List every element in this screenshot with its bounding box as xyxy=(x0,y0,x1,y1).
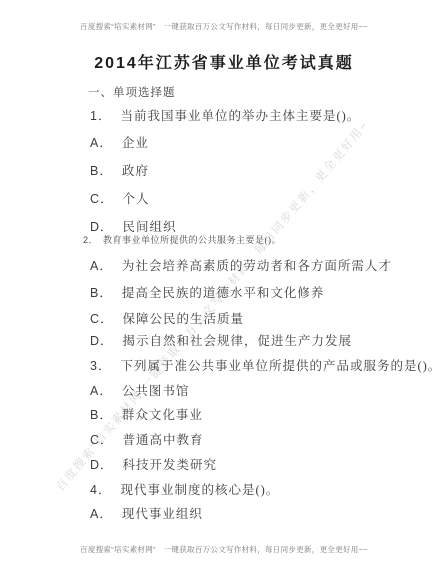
question-2-number: 2． xyxy=(83,235,98,245)
option-letter: A． xyxy=(90,507,113,521)
option-text: 民间组织 xyxy=(123,220,177,234)
option-letter: B． xyxy=(90,408,113,422)
option-text: 公共图书馆 xyxy=(122,384,190,398)
option-text: 提高全民族的道德水平和文化修养 xyxy=(122,286,325,300)
document-page: 百度搜索“培实素材网”一键获取百万公文写作材料，每日同步更新，更全更好用~ 百度… xyxy=(0,0,448,580)
option-letter: B． xyxy=(90,286,113,300)
option-text: 为社会培养高素质的劳动者和各方面所需人才 xyxy=(122,259,392,273)
question-1: 1．当前我国事业单位的举办主体主要是()。 xyxy=(90,106,360,124)
option-text: 揭示自然和社会规律，促进生产力发展 xyxy=(123,334,353,348)
question-3-number: 3． xyxy=(90,359,111,373)
option-text: 企业 xyxy=(122,136,149,150)
option-text: 普通高中教育 xyxy=(123,433,204,447)
section-heading: 一、单项选择题 xyxy=(88,84,176,100)
question-2-option-b: B．提高全民族的道德水平和文化修养 xyxy=(90,283,324,301)
question-1-option-b: B．政府 xyxy=(90,161,149,179)
footer-watermark: 百度搜索“培实素材网” 一键获取百万公文写作材料，每日同步更新，更全更好用~~ xyxy=(0,544,448,555)
option-text: 保障公民的生活质量 xyxy=(123,312,245,326)
question-2-option-c: C．保障公民的生活质量 xyxy=(90,309,244,327)
option-text: 现代事业组织 xyxy=(122,507,203,521)
question-4-number: 4． xyxy=(90,483,111,497)
question-4-option-a: A．现代事业组织 xyxy=(90,504,203,522)
question-2: 2．教育事业单位所提供的公共服务主要是()。 xyxy=(83,233,281,246)
question-3-text: 下列属于准公共事业单位所提供的产品或服务的是()。 xyxy=(120,359,441,373)
question-1-number: 1． xyxy=(90,109,111,123)
question-3: 3．下列属于准公共事业单位所提供的产品或服务的是()。 xyxy=(90,356,441,374)
option-letter: A． xyxy=(90,136,113,150)
question-4-text: 现代事业制度的核心是()。 xyxy=(120,483,279,497)
question-2-option-a: A．为社会培养高素质的劳动者和各方面所需人才 xyxy=(90,256,392,274)
option-text: 科技开发类研究 xyxy=(123,458,218,472)
option-text: 群众文化事业 xyxy=(122,408,203,422)
question-1-option-c: C．个人 xyxy=(90,189,150,207)
question-3-option-a: A．公共图书馆 xyxy=(90,381,189,399)
option-text: 个人 xyxy=(123,192,150,206)
option-letter: A． xyxy=(90,259,113,273)
option-letter: B． xyxy=(90,164,113,178)
option-letter: C． xyxy=(90,312,114,326)
option-letter: D． xyxy=(90,334,114,348)
question-1-option-a: A．企业 xyxy=(90,133,149,151)
question-2-text: 教育事业单位所提供的公共服务主要是()。 xyxy=(103,235,281,245)
option-letter: C． xyxy=(90,192,114,206)
question-3-option-c: C．普通高中教育 xyxy=(90,430,204,448)
question-3-option-d: D．科技开发类研究 xyxy=(90,455,217,473)
question-1-text: 当前我国事业单位的举办主体主要是()。 xyxy=(120,109,360,123)
question-4: 4．现代事业制度的核心是()。 xyxy=(90,480,279,498)
option-letter: D． xyxy=(90,220,114,234)
option-letter: C． xyxy=(90,433,114,447)
page-title: 2014年江苏省事业单位考试真题 xyxy=(0,50,448,73)
question-2-option-d: D．揭示自然和社会规律，促进生产力发展 xyxy=(90,331,352,349)
option-text: 政府 xyxy=(122,164,149,178)
option-letter: A． xyxy=(90,384,113,398)
option-letter: D． xyxy=(90,458,114,472)
question-3-option-b: B．群众文化事业 xyxy=(90,405,203,423)
header-watermark: 百度搜索“培实素材网” 一键获取百万公文写作材料，每日同步更新，更全更好用~~ xyxy=(0,21,448,32)
